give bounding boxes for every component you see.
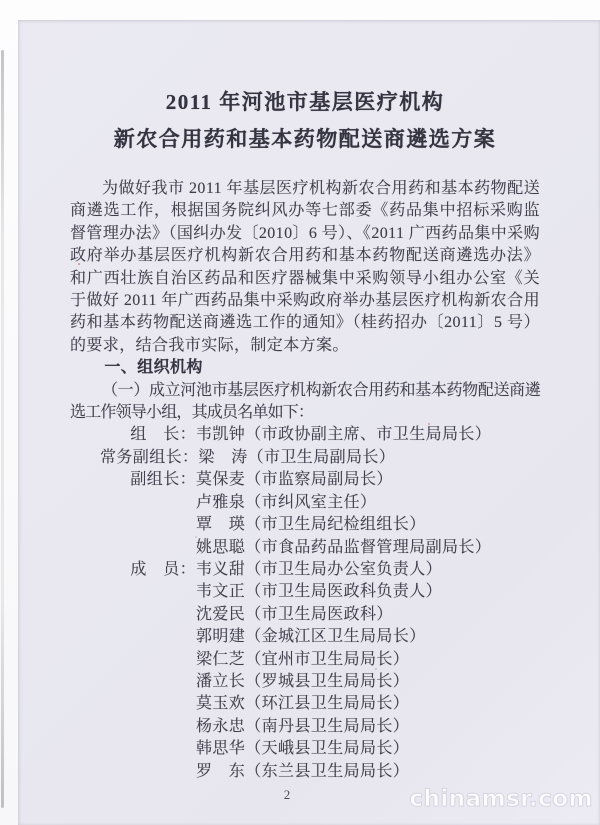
intro-paragraph: 为做好我市 2011 年基层医疗机构新农合用药和基本药物配送商遴选工作，根据国务…: [70, 178, 540, 357]
roster-person: 潘立长（罗城县卫生局局长）: [196, 671, 540, 693]
scan-speckles: [255, 106, 257, 108]
scanner-edge-shadow: [1, 50, 4, 808]
roster-row: 韩思华（天峨县卫生局局长）: [100, 738, 540, 760]
roster-role-label: 常务副组长：: [100, 447, 198, 469]
roster-person: 郭明建（金城江区卫生局局长）: [196, 626, 540, 648]
roster-role-label: [100, 761, 196, 783]
roster-row: 郭明建（金城江区卫生局局长）: [100, 626, 540, 648]
roster-row: 姚思聪（市食品药品监督管理局副局长）: [100, 537, 540, 559]
roster-person: 卢雅泉（市纠风室主任）: [196, 492, 540, 514]
roster-person: 杨永忠（南丹县卫生局局长）: [196, 716, 540, 738]
roster-row: 韦文正（市卫生局医政科负责人）: [100, 581, 540, 603]
roster-role-label: [100, 738, 196, 760]
roster-role-label: 副组长：: [100, 469, 196, 491]
roster-role-label: [100, 649, 196, 671]
paper-sheet: 2011 年河池市基层医疗机构 新农合用药和基本药物配送商遴选方案 为做好我市 …: [18, 20, 600, 825]
roster-row: 罗 东（东兰县卫生局局长）: [100, 761, 540, 783]
roster-role-label: [100, 537, 196, 559]
roster-role-label: [100, 716, 196, 738]
roster-person: 莫保麦（市监察局副局长）: [196, 469, 540, 491]
roster-role-label: 成 员：: [100, 559, 196, 581]
roster-row: 组 长： 韦凯钟（市政协副主席、市卫生局局长）: [100, 424, 540, 446]
roster-person: 莫玉欢（环江县卫生局局长）: [196, 693, 540, 715]
roster-role-label: [100, 671, 196, 693]
roster-row: 副组长： 莫保麦（市监察局副局长）: [100, 469, 540, 491]
roster-person: 梁 涛（市卫生局副局长）: [198, 447, 540, 469]
roster-person: 罗 东（东兰县卫生局局长）: [196, 761, 540, 783]
document-body: 为做好我市 2011 年基层医疗机构新农合用药和基本药物配送商遴选工作，根据国务…: [70, 178, 540, 783]
roster-person: 姚思聪（市食品药品监督管理局副局长）: [196, 537, 540, 559]
roster-person: 韦义甜（市卫生局办公室负责人）: [196, 559, 540, 581]
document-title-line1: 2011 年河池市基层医疗机构: [70, 84, 540, 121]
leading-group-roster: 组 长： 韦凯钟（市政协副主席、市卫生局局长） 常务副组长： 梁 涛（市卫生局副…: [100, 424, 540, 783]
roster-person: 沈爱民（市卫生局医政科）: [196, 604, 540, 626]
roster-role-label: [100, 492, 196, 514]
roster-role-label: [100, 693, 196, 715]
roster-role-label: 组 长：: [100, 424, 196, 446]
roster-row: 覃 瑛（市卫生局纪检组组长）: [100, 514, 540, 536]
roster-row: 杨永忠（南丹县卫生局局长）: [100, 716, 540, 738]
roster-role-label: [100, 514, 196, 536]
subsection-paragraph: （一）成立河池市基层医疗机构新农合用药和基本药物配送商遴选工作领导小组，其成员名…: [70, 380, 540, 425]
roster-person: 韦凯钟（市政协副主席、市卫生局局长）: [196, 424, 540, 446]
scanned-document-page: 2011 年河池市基层医疗机构 新农合用药和基本药物配送商遴选方案 为做好我市 …: [0, 0, 600, 825]
roster-person: 梁仁芝（宜州市卫生局局长）: [196, 649, 540, 671]
document-title: 2011 年河池市基层医疗机构 新农合用药和基本药物配送商遴选方案: [70, 84, 540, 158]
roster-person: 覃 瑛（市卫生局纪检组组长）: [196, 514, 540, 536]
roster-person: 韦文正（市卫生局医政科负责人）: [196, 581, 540, 603]
roster-row: 常务副组长： 梁 涛（市卫生局副局长）: [100, 447, 540, 469]
roster-row: 沈爱民（市卫生局医政科）: [100, 604, 540, 626]
watermark: chinamsr.com: [409, 786, 593, 812]
roster-role-label: [100, 604, 196, 626]
section-heading: 一、组织机构: [70, 357, 540, 379]
roster-row: 梁仁芝（宜州市卫生局局长）: [100, 649, 540, 671]
roster-role-label: [100, 626, 196, 648]
roster-row: 莫玉欢（环江县卫生局局长）: [100, 693, 540, 715]
roster-row: 成 员： 韦义甜（市卫生局办公室负责人）: [100, 559, 540, 581]
roster-row: 潘立长（罗城县卫生局局长）: [100, 671, 540, 693]
roster-role-label: [100, 581, 196, 603]
roster-row: 卢雅泉（市纠风室主任）: [100, 492, 540, 514]
document-title-line2: 新农合用药和基本药物配送商遴选方案: [70, 121, 540, 158]
roster-person: 韩思华（天峨县卫生局局长）: [196, 738, 540, 760]
